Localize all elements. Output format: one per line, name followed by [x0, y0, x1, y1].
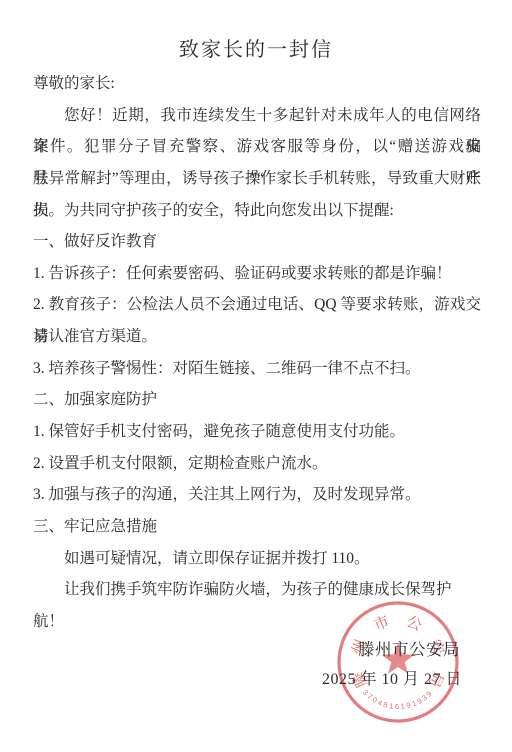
- signature-org: 滕州市公安局: [358, 636, 460, 660]
- letter-line: 1. 告诉孩子：任何索要密码、验证码或要求转账的都是诈骗！: [33, 258, 481, 290]
- seal-code-text: 3704816191939: [361, 688, 435, 711]
- letter-page: 致家长的一封信 尊敬的家长: 您好！近期，我市连续发生十多起针对未成年人的电信网…: [0, 0, 512, 752]
- letter-line: 让我们携手筑牢防诈骗防火墙，为孩子的健康成长保驾护航！: [33, 574, 481, 606]
- letter-title: 致家长的一封信: [0, 38, 512, 62]
- signature-date: 2025 年 10 月 27 日: [322, 666, 462, 689]
- letter-line: 案件。犯罪分子冒充警察、游戏客服等身份，以“赠送游戏皮肤”“账: [33, 131, 481, 163]
- letter-line: 3. 培养孩子警惕性：对陌生链接、二维码一律不点不扫。: [33, 353, 481, 385]
- section-heading-3: 三、牢记应急措施: [33, 511, 481, 543]
- letter-line: 号异常解封”等理由，诱导孩子操作家长手机转账，导致重大财产损: [33, 163, 481, 195]
- seal-arc-char: 公: [404, 614, 424, 635]
- letter-line: 1. 保管好手机支付密码，避免孩子随意使用支付功能。: [33, 416, 481, 448]
- letter-line: 您好！近期，我市连续发生十多起针对未成年人的电信网络诈骗: [33, 100, 481, 132]
- letter-line: 请认准官方渠道。: [33, 321, 481, 353]
- letter-line: 如遇可疑情况，请立即保存证据并拨打 110。: [33, 543, 481, 575]
- letter-body: 尊敬的家长: 您好！近期，我市连续发生十多起针对未成年人的电信网络诈骗 案件。犯…: [33, 68, 481, 606]
- letter-line: 失。为共同守护孩子的安全，特此向您发出以下提醒:: [33, 195, 481, 227]
- section-heading-2: 二、加强家庭防护: [33, 384, 481, 416]
- letter-salutation: 尊敬的家长:: [33, 68, 481, 100]
- section-heading-1: 一、做好反诈教育: [33, 226, 481, 258]
- letter-line: 2. 教育孩子：公检法人员不会通过电话、QQ 等要求转账，游戏交易: [33, 289, 481, 321]
- seal-code: 3704816191939: [361, 688, 435, 711]
- seal-arc-char: 市: [372, 613, 392, 635]
- official-seal: 滕 州 市 公 安 局 3704816191939: [334, 598, 462, 726]
- letter-line: 2. 设置手机支付限额，定期检查账户流水。: [33, 448, 481, 480]
- letter-line: 3. 加强与孩子的沟通，关注其上网行为，及时发现异常。: [33, 479, 481, 511]
